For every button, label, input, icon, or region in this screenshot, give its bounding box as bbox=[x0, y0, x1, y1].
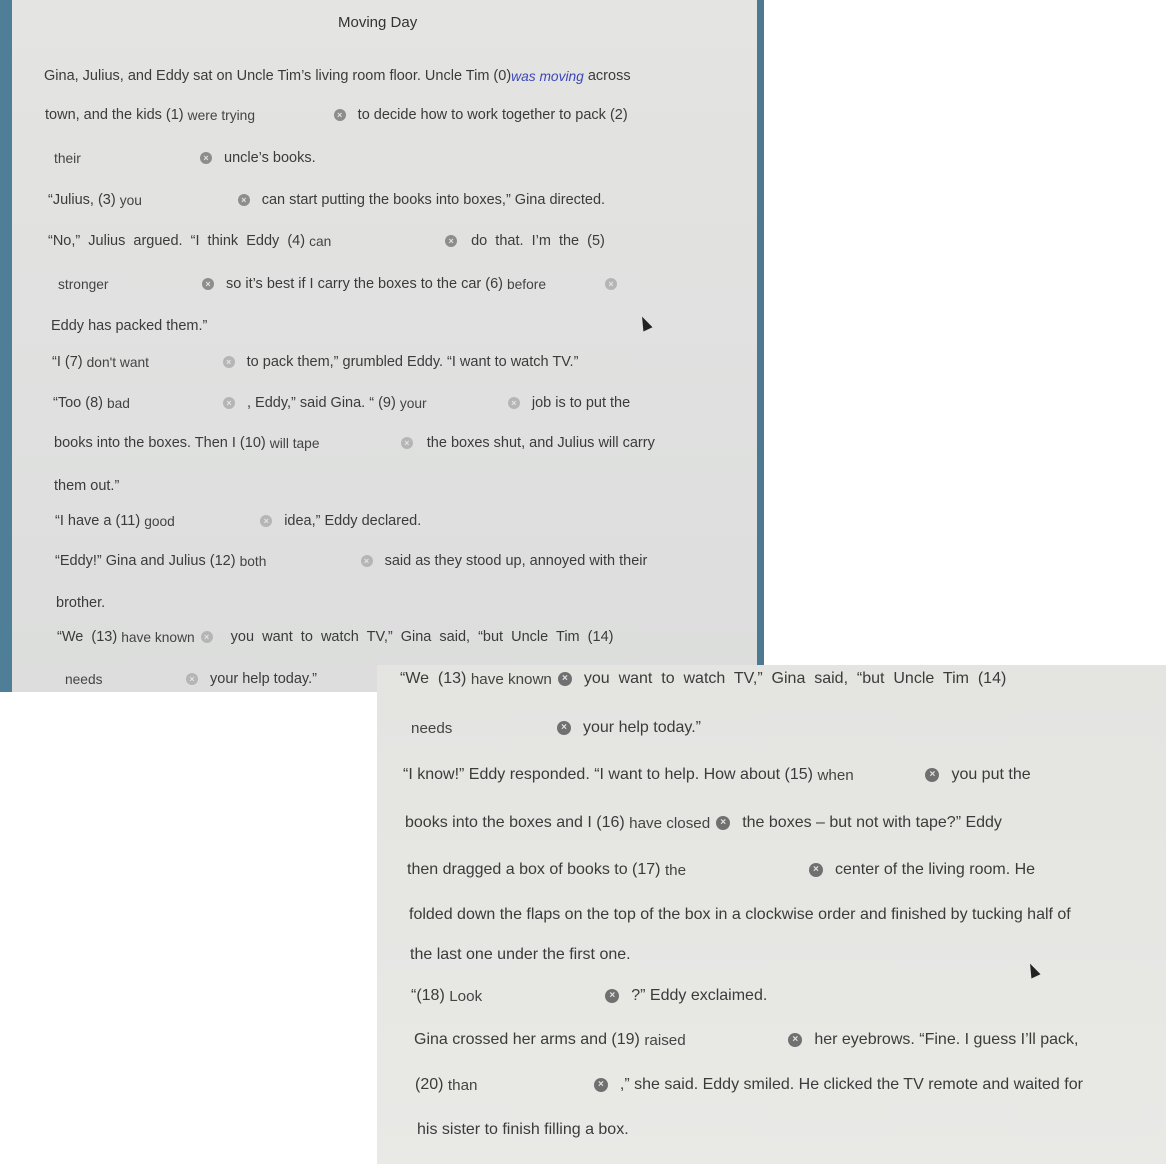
answer-dropdown[interactable]: have known× bbox=[471, 671, 584, 688]
passage-text: your help today.” bbox=[583, 719, 701, 737]
passage-text: do that. I’m the (5) bbox=[471, 233, 605, 249]
passage-text: them out.” bbox=[54, 478, 119, 494]
passage-text: brother. bbox=[56, 595, 105, 611]
passage-text: Gina crossed her arms and (19) bbox=[414, 1031, 644, 1049]
worksheet-panel-top: Moving Day Gina, Julius, and Eddy sat on… bbox=[0, 0, 764, 692]
answer-dropdown[interactable]: than× bbox=[448, 1077, 620, 1094]
text-line: “We (13) have known×you want to watch TV… bbox=[400, 670, 1006, 688]
clear-answer-icon[interactable]: × bbox=[200, 152, 212, 164]
text-line: Eddy has packed them.” bbox=[51, 318, 207, 334]
clear-answer-icon[interactable]: × bbox=[238, 194, 250, 206]
text-line: “We (13) have known×you want to watch TV… bbox=[57, 629, 613, 645]
clear-answer-icon[interactable]: × bbox=[201, 631, 213, 643]
passage-text: so it’s best if I carry the boxes to the… bbox=[226, 276, 507, 292]
clear-answer-icon[interactable]: × bbox=[508, 397, 520, 409]
selected-answer[interactable]: have known bbox=[471, 671, 552, 688]
text-line: brother. bbox=[56, 595, 105, 611]
answer-dropdown[interactable]: raised× bbox=[644, 1032, 814, 1049]
selected-answer[interactable]: were trying bbox=[188, 108, 328, 123]
clear-answer-icon[interactable]: × bbox=[605, 989, 619, 1003]
passage-text: you want to watch TV,” Gina said, “but U… bbox=[584, 670, 1006, 688]
answer-dropdown[interactable]: was moving bbox=[511, 69, 584, 84]
answer-dropdown[interactable]: bad× bbox=[107, 396, 247, 411]
text-line: “Julius, (3) you×can start putting the b… bbox=[48, 192, 605, 208]
answer-dropdown[interactable]: when× bbox=[817, 767, 951, 784]
selected-answer[interactable]: raised bbox=[644, 1032, 782, 1049]
passage-text: Gina, Julius, and Eddy sat on Uncle Tim’… bbox=[44, 68, 511, 84]
text-line: then dragged a box of books to (17) the×… bbox=[407, 861, 1035, 879]
answer-dropdown[interactable]: have known× bbox=[121, 630, 230, 645]
passage-text: said as they stood up, annoyed with thei… bbox=[385, 553, 648, 569]
text-line: Gina, Julius, and Eddy sat on Uncle Tim’… bbox=[44, 68, 631, 84]
text-line: folded down the flaps on the top of the … bbox=[409, 906, 1071, 924]
text-line: “(18) Look×?” Eddy exclaimed. bbox=[411, 987, 767, 1005]
clear-answer-icon[interactable]: × bbox=[260, 515, 272, 527]
passage-text: ?” Eddy exclaimed. bbox=[631, 987, 767, 1005]
text-line: “I know!” Eddy responded. “I want to hel… bbox=[403, 766, 1031, 784]
passage-text: the boxes – but not with tape?” Eddy bbox=[742, 814, 1002, 832]
answer-dropdown[interactable]: good× bbox=[144, 514, 284, 529]
selected-answer[interactable]: both bbox=[240, 554, 355, 569]
passage-text: “No,” Julius argued. “I think Eddy (4) bbox=[48, 233, 309, 249]
text-line: his sister to finish filling a box. bbox=[417, 1121, 629, 1139]
answer-dropdown[interactable]: needs× bbox=[411, 720, 583, 737]
answer-dropdown[interactable]: the× bbox=[665, 862, 835, 879]
clear-answer-icon[interactable]: × bbox=[334, 109, 346, 121]
passage-text: her eyebrows. “Fine. I guess I’ll pack, bbox=[814, 1031, 1078, 1049]
clear-answer-icon[interactable]: × bbox=[605, 278, 617, 290]
answer-dropdown[interactable]: stronger× bbox=[58, 277, 226, 292]
answer-dropdown[interactable]: both× bbox=[240, 554, 385, 569]
answer-dropdown[interactable]: their× bbox=[54, 151, 224, 166]
text-line: “Too (8) bad×, Eddy,” said Gina. “ (9) y… bbox=[53, 395, 630, 411]
text-line: the last one under the first one. bbox=[410, 946, 631, 964]
selected-answer[interactable]: their bbox=[54, 151, 194, 166]
text-line: books into the boxes. Then I (10) will t… bbox=[54, 435, 655, 451]
mouse-cursor bbox=[638, 315, 653, 332]
passage-text: “(18) bbox=[411, 987, 449, 1005]
passage-text: “I know!” Eddy responded. “I want to hel… bbox=[403, 766, 817, 784]
text-line: “No,” Julius argued. “I think Eddy (4) c… bbox=[48, 233, 605, 249]
passage-text: the last one under the first one. bbox=[410, 946, 631, 964]
answer-dropdown[interactable]: have closed× bbox=[629, 815, 742, 832]
passage-text: “Eddy!” Gina and Julius (12) bbox=[55, 553, 240, 569]
passage-text: (20) bbox=[415, 1076, 448, 1094]
passage-text: then dragged a box of books to (17) bbox=[407, 861, 665, 879]
text-line: needs×your help today.” bbox=[65, 671, 317, 687]
selected-answer[interactable]: good bbox=[144, 514, 254, 529]
selected-answer[interactable]: stronger bbox=[58, 277, 196, 292]
passage-text: books into the boxes and I (16) bbox=[405, 814, 629, 832]
worksheet-panel-bottom: “We (13) have known×you want to watch TV… bbox=[377, 665, 1166, 1164]
passage-text: his sister to finish filling a box. bbox=[417, 1121, 629, 1139]
passage-text: the boxes shut, and Julius will carry bbox=[427, 435, 655, 451]
answer-dropdown[interactable]: can× bbox=[309, 234, 471, 249]
text-line: “I have a (11) good×idea,” Eddy declared… bbox=[55, 513, 421, 529]
selected-answer[interactable]: needs bbox=[411, 720, 551, 737]
text-line: “I (7) don't want×to pack them,” grumble… bbox=[52, 354, 578, 370]
passage-text: town, and the kids (1) bbox=[45, 107, 188, 123]
selected-answer[interactable]: than bbox=[448, 1077, 588, 1094]
passage-text: job is to put the bbox=[532, 395, 630, 411]
selected-answer[interactable]: Look bbox=[449, 988, 599, 1005]
selected-answer[interactable]: when bbox=[817, 767, 919, 784]
passage-text: center of the living room. He bbox=[835, 861, 1035, 879]
clear-answer-icon[interactable]: × bbox=[594, 1078, 608, 1092]
passage-text: “I have a (11) bbox=[55, 513, 144, 529]
passage-text: can start putting the books into boxes,”… bbox=[262, 192, 605, 208]
clear-answer-icon[interactable]: × bbox=[716, 816, 730, 830]
clear-answer-icon[interactable]: × bbox=[557, 721, 571, 735]
text-line: (20) than×,” she said. Eddy smiled. He c… bbox=[415, 1076, 1083, 1094]
answer-dropdown[interactable]: Look× bbox=[449, 988, 631, 1005]
passage-text: to pack them,” grumbled Eddy. “I want to… bbox=[247, 354, 579, 370]
clear-answer-icon[interactable]: × bbox=[361, 555, 373, 567]
passage-text: books into the boxes. Then I (10) bbox=[54, 435, 270, 451]
selected-answer[interactable]: needs bbox=[65, 672, 180, 687]
answer-dropdown[interactable]: were trying× bbox=[188, 108, 358, 123]
passage-text: across bbox=[584, 68, 631, 84]
answer-dropdown[interactable]: will tape× bbox=[270, 436, 427, 451]
passage-text: Eddy has packed them.” bbox=[51, 318, 207, 334]
selected-answer[interactable]: will tape bbox=[270, 436, 395, 451]
passage-text: idea,” Eddy declared. bbox=[284, 513, 421, 529]
selected-answer[interactable]: have known bbox=[121, 630, 194, 645]
clear-answer-icon[interactable]: × bbox=[223, 397, 235, 409]
selected-answer[interactable]: your bbox=[400, 396, 502, 411]
clear-answer-icon[interactable]: × bbox=[401, 437, 413, 449]
passage-text: “We (13) bbox=[400, 670, 471, 688]
passage-text: “I (7) bbox=[52, 354, 87, 370]
selected-answer[interactable]: don't want bbox=[87, 355, 217, 370]
example-answer: was moving bbox=[511, 69, 584, 84]
clear-answer-icon[interactable]: × bbox=[445, 235, 457, 247]
clear-answer-icon[interactable]: × bbox=[788, 1033, 802, 1047]
passage-text: ,” she said. Eddy smiled. He clicked the… bbox=[620, 1076, 1083, 1094]
clear-answer-icon[interactable]: × bbox=[186, 673, 198, 685]
passage-text: “Too (8) bbox=[53, 395, 107, 411]
mouse-cursor bbox=[1026, 962, 1041, 979]
answer-dropdown[interactable]: needs× bbox=[65, 672, 210, 687]
answer-dropdown[interactable]: your× bbox=[400, 396, 532, 411]
clear-answer-icon[interactable]: × bbox=[223, 356, 235, 368]
text-line: town, and the kids (1) were trying×to de… bbox=[45, 107, 628, 123]
text-line: Gina crossed her arms and (19) raised×he… bbox=[414, 1031, 1078, 1049]
text-line: books into the boxes and I (16) have clo… bbox=[405, 814, 1002, 832]
text-line: their×uncle’s books. bbox=[54, 150, 316, 166]
answer-dropdown[interactable]: you× bbox=[120, 193, 262, 208]
passage-text: , Eddy,” said Gina. “ (9) bbox=[247, 395, 400, 411]
answer-dropdown[interactable]: before× bbox=[507, 277, 629, 292]
passage-text: you want to watch TV,” Gina said, “but U… bbox=[231, 629, 614, 645]
passage-text: you put the bbox=[951, 766, 1030, 784]
selected-answer[interactable]: the bbox=[665, 862, 803, 879]
selected-answer[interactable]: have closed bbox=[629, 815, 710, 832]
selected-answer[interactable]: can bbox=[309, 234, 439, 249]
text-line: stronger×so it’s best if I carry the box… bbox=[58, 276, 629, 292]
selected-answer[interactable]: bad bbox=[107, 396, 217, 411]
clear-answer-icon[interactable]: × bbox=[202, 278, 214, 290]
clear-answer-icon[interactable]: × bbox=[558, 672, 572, 686]
clear-answer-icon[interactable]: × bbox=[925, 768, 939, 782]
page-title: Moving Day bbox=[338, 14, 417, 31]
answer-dropdown[interactable]: don't want× bbox=[87, 355, 247, 370]
passage-text: to decide how to work together to pack (… bbox=[358, 107, 628, 123]
text-line: “Eddy!” Gina and Julius (12) both×said a… bbox=[55, 553, 647, 569]
passage-text: “Julius, (3) bbox=[48, 192, 120, 208]
clear-answer-icon[interactable]: × bbox=[809, 863, 823, 877]
passage-text: “We (13) bbox=[57, 629, 121, 645]
text-line: needs×your help today.” bbox=[411, 719, 701, 737]
passage-text: folded down the flaps on the top of the … bbox=[409, 906, 1071, 924]
selected-answer[interactable]: before bbox=[507, 277, 599, 292]
passage-text: uncle’s books. bbox=[224, 150, 316, 166]
text-line: them out.” bbox=[54, 478, 119, 494]
selected-answer[interactable]: you bbox=[120, 193, 232, 208]
passage-text: your help today.” bbox=[210, 671, 317, 687]
